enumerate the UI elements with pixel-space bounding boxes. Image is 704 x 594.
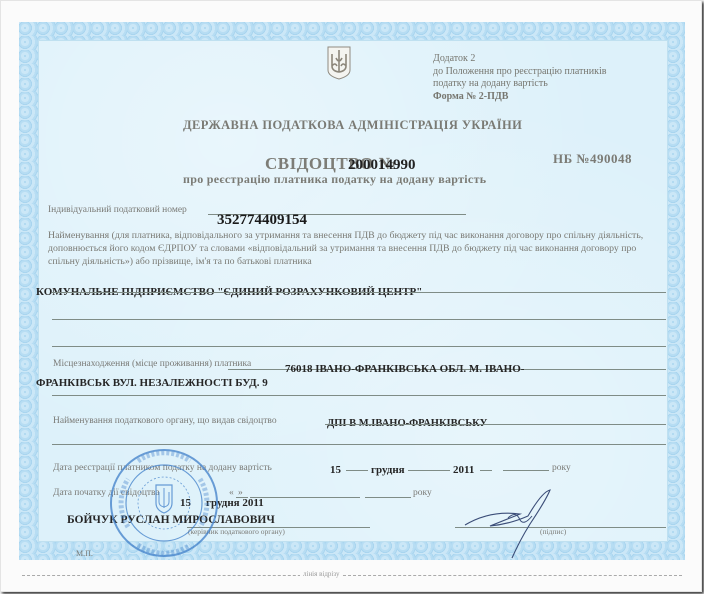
tax-office-underline <box>325 424 666 425</box>
registration-year-suffix: року <box>552 463 571 473</box>
start-year-suffix: року <box>413 488 432 498</box>
tear-line-label: лінія відрізу <box>300 570 342 578</box>
registration-year: 2011 <box>453 464 474 476</box>
appendix-line-3: податку на додану вартість <box>433 78 606 91</box>
registration-month: грудня <box>371 464 405 476</box>
reg-day-underline <box>346 470 368 471</box>
trident-emblem-icon <box>327 46 351 80</box>
location-underline-2 <box>52 395 666 396</box>
name-underline-3 <box>52 346 666 347</box>
name-underline-1 <box>52 292 666 293</box>
signature-icon <box>450 480 570 560</box>
address-line-1: 76018 ІВАНО-ФРАНКІВСЬКА ОБЛ. М. ІВАНО- <box>285 363 524 375</box>
tax-office-label: Найменування податкового органу, що вида… <box>53 416 277 426</box>
reg-month-underline <box>408 470 450 471</box>
form-number: Форма № 2-ПДВ <box>433 91 606 104</box>
ipn-label: Індивідуальний податковий номер <box>48 205 187 215</box>
official-stamp-icon <box>108 447 220 559</box>
tear-line <box>22 575 682 576</box>
certificate-subtitle: про реєстрацію платника податку на додан… <box>183 172 486 187</box>
blank-series-number: НБ №490048 <box>553 151 632 167</box>
reg-year-underline-2 <box>503 470 549 471</box>
start-year-underline <box>365 497 411 498</box>
seal-place-label: М.П. <box>76 549 93 558</box>
appendix-line-2: до Положення про реєстрацію платників <box>433 66 606 79</box>
tax-office-underline-2 <box>52 444 666 445</box>
address-line-2: ФРАНКІВСЬК ВУЛ. НЕЗАЛЕЖНОСТІ БУД. 9 <box>36 377 268 389</box>
start-month-underline <box>250 497 360 498</box>
registration-day: 15 <box>330 464 341 476</box>
name-underline-2 <box>52 319 666 320</box>
agency-title: ДЕРЖАВНА ПОДАТКОВА АДМІНІСТРАЦІЯ УКРАЇНИ <box>183 118 522 133</box>
reg-year-underline <box>480 470 492 471</box>
appendix-line-1: Додаток 2 <box>433 53 606 66</box>
name-description: Найменування (для платника, відповідальн… <box>48 229 668 268</box>
location-label: Місцезнаходження (місце проживання) плат… <box>53 359 251 369</box>
ipn-value: 352774409154 <box>217 212 307 229</box>
appendix-note: Додаток 2 до Положення про реєстрацію пл… <box>433 53 606 103</box>
